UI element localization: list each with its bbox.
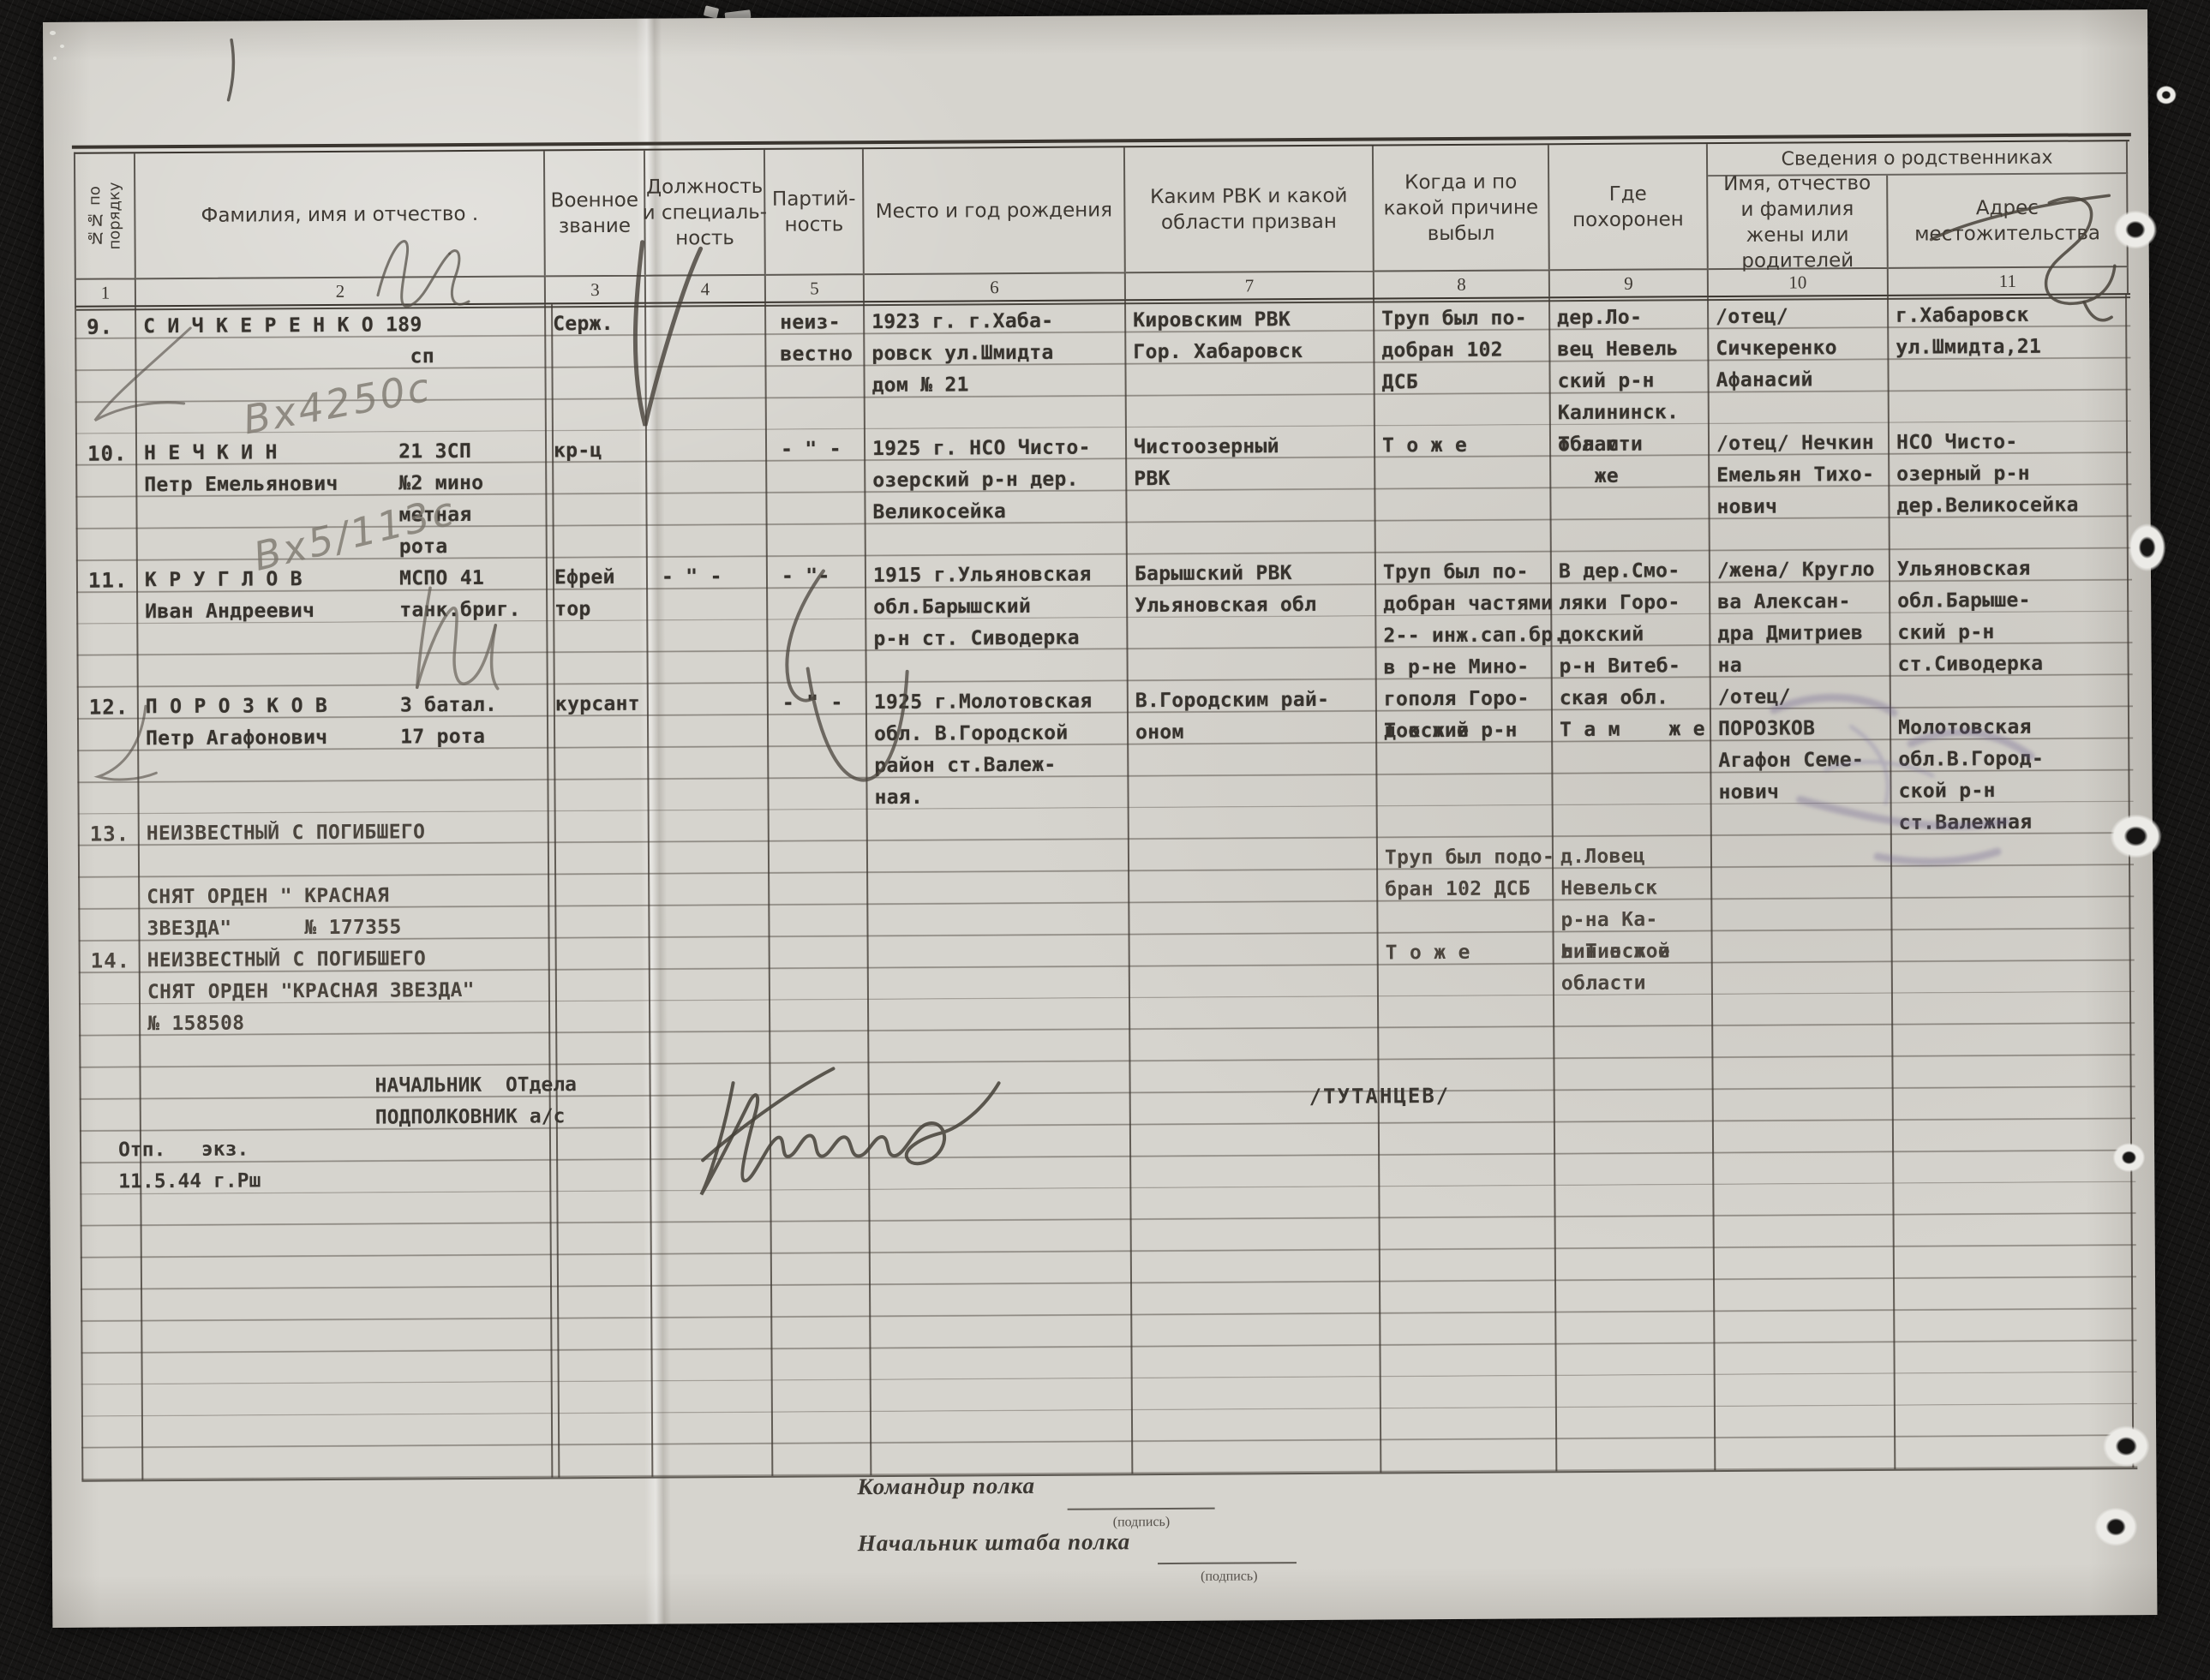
table-row: 13. НЕИЗВЕСТНЫЙ С ПОГИБШЕГО СНЯТ ОРДЕН "…: [78, 802, 2135, 942]
cell-rvk: [1129, 934, 1378, 1062]
commander-signature-line: [1068, 1508, 1215, 1510]
col-number: 2: [136, 275, 546, 305]
col-number: 3: [546, 275, 646, 303]
torn-hole: [2107, 205, 2169, 254]
cell-birth: 1925 г. НСО Чисто- озерский р-н дер. Вел…: [864, 427, 1126, 560]
casualty-table: №№ по порядку Фамилия, имя и отчество . …: [74, 140, 2137, 1482]
torn-hole: [2108, 1139, 2154, 1176]
col-number: 1: [76, 278, 136, 305]
cell-relatives: [1711, 930, 1892, 1058]
cell-rank: [548, 938, 650, 1066]
col-number: 9: [1550, 268, 1709, 296]
table-row: 14. НЕИЗВЕСТНЫЙ С ПОГИБШЕГО СНЯТ ОРДЕН "…: [79, 929, 2135, 1068]
torn-hole: [2088, 1502, 2150, 1551]
col-number: 7: [1126, 271, 1375, 300]
pen-tick-top: [221, 37, 247, 105]
col-header-burial-place: Где похоронен: [1549, 144, 1709, 269]
cell-party: [769, 936, 868, 1064]
col-number: 4: [646, 274, 766, 302]
cell-address: НСО Чисто- озерный р-н дер.Великосейка: [1888, 421, 2129, 554]
scanned-document-photo: №№ по порядку Фамилия, имя и отчество . …: [0, 0, 2210, 1680]
col-number: 11: [1889, 266, 2129, 295]
table-row: 11. К Р У Г Л О В МСПО 41 Иван Андреевич…: [76, 548, 2133, 688]
cell-name-unit: НЕИЗВЕСТНЫЙ С ПОГИБШЕГО СНЯТ ОРДЕН "КРАС…: [139, 938, 549, 1067]
col-header-when-why-lost: Когда и по какой причине выбыл: [1374, 145, 1550, 270]
cell-rvk: Чистоозерный РВК: [1125, 427, 1375, 559]
col-number: 6: [865, 272, 1126, 301]
col-header-relative-name: Имя, отчество и фамилия жены или родител…: [1708, 176, 1889, 268]
col-header-party-membership: Партий- ность: [765, 149, 865, 274]
signoff-signed-name: /ТУТАНЦЕВ/: [1309, 1084, 1451, 1109]
paper-speck: [50, 31, 56, 35]
col-header-birth-place-year: Место и год рождения: [864, 147, 1126, 273]
col-header-position-specialty: Должность и специаль- ность: [645, 150, 766, 275]
document-paper: №№ по порядку Фамилия, имя и отчество . …: [43, 9, 2157, 1628]
chief-of-staff-label: Начальник штаба полка: [858, 1528, 1131, 1557]
col-number: 10: [1709, 267, 1889, 296]
cell-burial: Т а м же: [1549, 424, 1709, 556]
table-row: 12. П О Р О З К О В 3 батал. Петр Агафон…: [77, 675, 2134, 815]
table-header: №№ по порядку Фамилия, имя и отчество . …: [74, 140, 2130, 308]
torn-hole: [2096, 1420, 2163, 1473]
paper-speck: [60, 45, 64, 48]
cell-relatives: /отец/ Нечкин Емельян Тихо- нович: [1708, 423, 1889, 555]
paper-speck: [53, 57, 57, 60]
torn-hole: [2123, 517, 2177, 578]
cell-duty: [649, 937, 770, 1065]
col-header-drafting-rvk: Каким РВК и какой области призван: [1125, 146, 1375, 272]
cell-cause: Т о ж е: [1377, 932, 1554, 1060]
col-header-military-rank: Военное звание: [545, 151, 646, 276]
col-header-relative-address: Адрес местожительства: [1888, 174, 2129, 267]
cell-address: [1891, 929, 2132, 1057]
cell-rank: кр-ц: [545, 431, 646, 563]
row-number: 10.: [75, 433, 136, 565]
cell-duty: [645, 430, 766, 562]
col-header-order-number: №№ по порядку: [75, 153, 136, 278]
commander-label: Командир полка: [857, 1473, 1035, 1500]
cell-party: - " -: [765, 429, 865, 561]
copies-note: Отп. экз. 11.5.44 г.Рш: [118, 1133, 261, 1198]
signoff-role: НАЧАЛЬНИК ОТдела ПОДПОЛКОВНИК а/с: [374, 1069, 577, 1133]
torn-hole: [2103, 808, 2177, 865]
cell-cause: Т о ж е: [1374, 425, 1550, 557]
row-number: 14.: [79, 941, 140, 1067]
col-header-full-name: Фамилия, имя и отчество .: [135, 151, 546, 278]
cell-burial: Ь Т о ж е: [1553, 931, 1712, 1059]
cell-birth: [867, 935, 1129, 1063]
col-number: 5: [766, 273, 865, 302]
col-number: 8: [1375, 269, 1550, 297]
torn-hole: [2153, 83, 2182, 107]
table-body: 9. С И Ч К Е Р Е Н К О 189 сп Серж. неиз…: [75, 295, 2137, 1482]
chief-signature-line: [1158, 1562, 1297, 1564]
signature-caption: (подпись): [1201, 1569, 1258, 1584]
backdrop-mark: [704, 5, 719, 19]
